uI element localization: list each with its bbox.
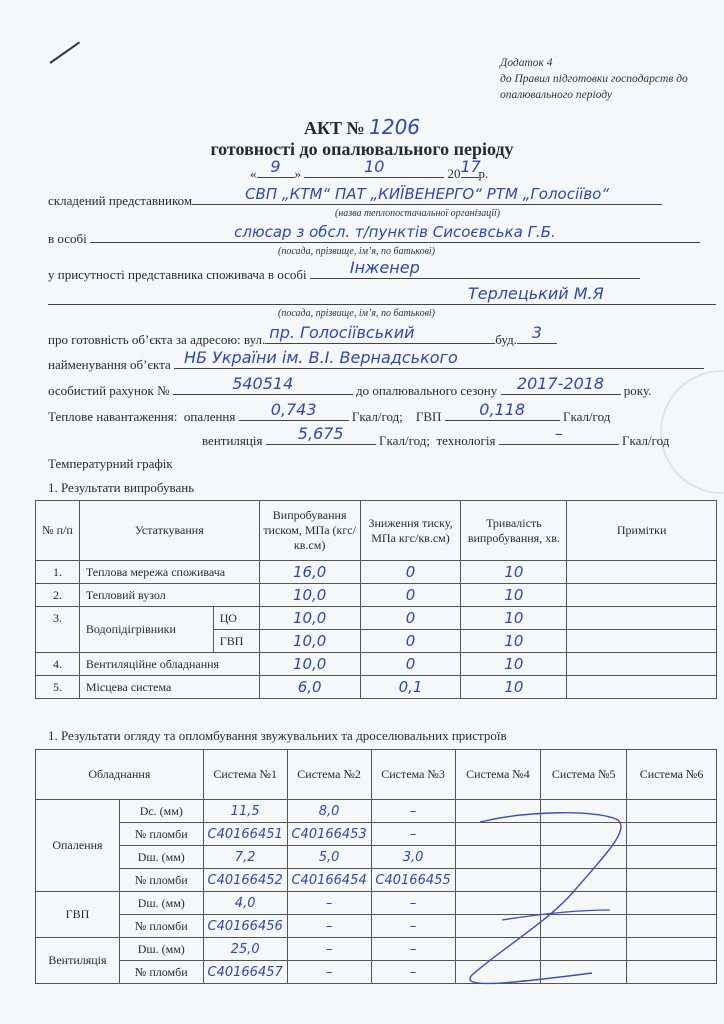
system-value: – xyxy=(410,919,417,934)
building-value: 3 xyxy=(517,323,557,342)
hws-value: 0,118 xyxy=(445,400,560,419)
header-system-2: Система №2 xyxy=(287,750,371,800)
date-day: 9 xyxy=(257,157,295,176)
system-value-cell: – xyxy=(287,938,371,961)
act-number: 1206 xyxy=(369,115,420,139)
system-value-cell: – xyxy=(287,915,371,938)
system-value: – xyxy=(326,919,333,934)
test-results-table: № п/п Устаткування Випробування тиском, … xyxy=(35,500,717,699)
row-test: 6,0 xyxy=(298,678,322,696)
address-row: про готовність об’єкта за адресою: вул.п… xyxy=(48,329,557,348)
system-value-cell: С40166456 xyxy=(203,915,287,938)
parameter-label: Dш. (мм) xyxy=(119,846,203,869)
header-test-pressure: Випробування тиском, МПа (кгс/кв.см) xyxy=(259,501,360,561)
system-value: – xyxy=(326,896,333,911)
row-equipment: Теплова мережа споживача xyxy=(79,561,259,584)
system-value: 4,0 xyxy=(235,896,256,911)
table-row: 4. Вентиляційне обладнання 10,0 0 10 xyxy=(36,653,717,676)
system-value: 5,0 xyxy=(319,850,340,865)
system-value: – xyxy=(410,965,417,980)
row-drop: 0,1 xyxy=(399,678,423,696)
system-value: – xyxy=(326,942,333,957)
table-row: 5. Місцева система 6,0 0,1 10 xyxy=(36,676,717,699)
hws-label: ГВП xyxy=(416,409,442,424)
date-row: «9» 10 2017р. xyxy=(250,163,488,182)
system-value-cell: 5,0 xyxy=(287,846,371,869)
cancellation-z-stroke xyxy=(440,790,724,1000)
row-duration: 10 xyxy=(504,563,523,581)
parameter-label: № пломби xyxy=(119,823,203,846)
technology-value: – xyxy=(499,424,619,443)
equipment-group: ГВП xyxy=(36,892,120,938)
system-value-cell: С40166453 xyxy=(287,823,371,846)
person-value: слюсар з обсл. т/пунктів Сисоєвська Г.Б. xyxy=(90,223,700,241)
number-sign: № xyxy=(347,118,365,138)
annex-line-1: Додаток 4 xyxy=(500,55,688,71)
consumer-row-2: Терлецький М.Я xyxy=(48,290,716,309)
system-value: – xyxy=(410,827,417,842)
season-label: до опалювального сезону xyxy=(356,383,497,398)
act-title: АКТ № 1206 xyxy=(0,115,724,139)
system-value-cell: 11,5 xyxy=(203,800,287,823)
system-value: С40166451 xyxy=(208,827,283,842)
system-value: – xyxy=(410,942,417,957)
header-num: № п/п xyxy=(36,501,80,561)
system-value-cell: С40166452 xyxy=(203,869,287,892)
person-label: в особі xyxy=(48,231,87,246)
row-notes xyxy=(567,630,717,653)
system-value: 7,2 xyxy=(235,850,256,865)
compiled-by-label: складений представником xyxy=(48,193,192,208)
system-value: 11,5 xyxy=(231,804,260,819)
address-label: про готовність об’єкта за адресою: вул. xyxy=(48,332,265,347)
address-value: пр. Голосіївський xyxy=(269,323,495,342)
row-notes xyxy=(567,607,717,630)
season-unit: року. xyxy=(624,383,652,398)
row-test: 10,0 xyxy=(293,655,326,673)
parameter-label: № пломби xyxy=(119,915,203,938)
equipment-group: Опалення xyxy=(36,800,120,892)
consumer-name: Терлецький М.Я xyxy=(468,284,716,303)
system-value-cell: С40166454 xyxy=(287,869,371,892)
system-value-cell: – xyxy=(287,892,371,915)
row-equipment: Водопідігрівники xyxy=(79,607,213,653)
row-duration: 10 xyxy=(504,632,523,650)
system-value-cell: – xyxy=(287,961,371,984)
heating-unit: Гкал/год xyxy=(352,409,399,424)
hws-unit: Гкал/год xyxy=(563,409,610,424)
system-value: С40166454 xyxy=(291,873,366,888)
table-row: 1. Теплова мережа споживача 16,0 0 10 xyxy=(36,561,717,584)
row-duration: 10 xyxy=(504,586,523,604)
pen-mark xyxy=(49,42,80,64)
object-name-label: найменування об’єкта xyxy=(48,357,171,372)
annex-note: Додаток 4 до Правил підготовки господарс… xyxy=(500,55,688,103)
row-duration: 10 xyxy=(504,655,523,673)
table-header-row: № п/п Устаткування Випробування тиском, … xyxy=(36,501,717,561)
person-caption: (посада, прізвище, ім’я, по батькові) xyxy=(278,246,435,257)
ventilation-unit: Гкал/год xyxy=(379,433,426,448)
row-drop: 0 xyxy=(406,563,416,581)
row-notes xyxy=(567,676,717,699)
compiled-by-row: складений представникомСВП „КТМ“ ПАТ „КИ… xyxy=(48,190,662,209)
ventilation-label: вентиляція xyxy=(202,433,262,448)
act-label: АКТ xyxy=(304,118,342,138)
row-notes xyxy=(567,561,717,584)
row-drop: 0 xyxy=(406,609,416,627)
system-value-cell: 25,0 xyxy=(203,938,287,961)
equipment-group: Вентиляція xyxy=(36,938,120,984)
row-notes xyxy=(567,653,717,676)
row-duration: 10 xyxy=(504,678,523,696)
header-equipment: Обладнання xyxy=(36,750,204,800)
person-row: в особі слюсар з обсл. т/пунктів Сисоєвс… xyxy=(48,228,700,247)
system-value-cell: 4,0 xyxy=(203,892,287,915)
row-test: 16,0 xyxy=(293,563,326,581)
heating-label: опалення xyxy=(184,409,236,424)
system-value: – xyxy=(410,896,417,911)
consumer-label: у присутності представника споживача в о… xyxy=(48,267,307,282)
section1-title: 1. Результати випробувань xyxy=(48,480,194,496)
row-subtype: ЦО xyxy=(213,607,259,630)
heat-load-label: Теплове навантаження: xyxy=(48,409,177,424)
header-equipment: Устаткування xyxy=(79,501,259,561)
building-label: буд. xyxy=(495,332,517,347)
account-row: особистий рахунок № 540514 до опалювальн… xyxy=(48,380,651,399)
system-value: – xyxy=(410,804,417,819)
date-month: 10 xyxy=(304,157,444,176)
row-equipment: Місцева система xyxy=(79,676,259,699)
system-value-cell: 7,2 xyxy=(203,846,287,869)
ventilation-row: вентиляція 5,675 Гкал/год; технологія – … xyxy=(202,430,669,449)
heat-load-row: Теплове навантаження: опалення 0,743 Гка… xyxy=(48,406,610,425)
system-value: 3,0 xyxy=(403,850,424,865)
annex-line-2: до Правил підготовки господарств до xyxy=(500,71,688,87)
table-row: 2. Тепловий вузол 10,0 0 10 xyxy=(36,584,717,607)
system-value: С40166453 xyxy=(291,827,366,842)
header-duration: Тривалість випробування, хв. xyxy=(461,501,567,561)
consumer-caption: (посада, прізвище, ім’я, по батькові) xyxy=(278,308,435,319)
system-value: 25,0 xyxy=(231,942,260,957)
header-notes: Примітки xyxy=(567,501,717,561)
row-subtype: ГВП xyxy=(213,630,259,653)
row-equipment: Вентиляційне обладнання xyxy=(79,653,259,676)
compiled-by-caption: (назва теплопостачальної організації) xyxy=(335,208,500,219)
document-page: Додаток 4 до Правил підготовки господарс… xyxy=(0,0,724,1024)
faint-stamp-mark xyxy=(660,370,724,494)
row-num: 2. xyxy=(36,584,80,607)
ventilation-value: 5,675 xyxy=(266,424,376,443)
row-duration: 10 xyxy=(504,609,523,627)
parameter-label: № пломби xyxy=(119,961,203,984)
row-num xyxy=(36,630,80,653)
row-test: 10,0 xyxy=(293,586,326,604)
technology-label: технологія xyxy=(436,433,495,448)
header-system-1: Система №1 xyxy=(203,750,287,800)
heating-value: 0,743 xyxy=(239,400,349,419)
table-row: 3. Водопідігрівники ЦО 10,0 0 10 xyxy=(36,607,717,630)
system-value-cell: С40166451 xyxy=(203,823,287,846)
season-value: 2017-2018 xyxy=(501,374,621,393)
row-drop: 0 xyxy=(406,586,416,604)
row-notes xyxy=(567,584,717,607)
section2-title: 1. Результати огляду та опломбування зву… xyxy=(48,728,507,744)
parameter-label: Dш. (мм) xyxy=(119,938,203,961)
year-prefix: 20 xyxy=(448,166,461,181)
parameter-label: Dc. (мм) xyxy=(119,800,203,823)
parameter-label: № пломби xyxy=(119,869,203,892)
system-value: С40166457 xyxy=(208,965,283,980)
row-drop: 0 xyxy=(406,632,416,650)
row-test: 10,0 xyxy=(293,632,326,650)
system-value-cell: 8,0 xyxy=(287,800,371,823)
row-test: 10,0 xyxy=(293,609,326,627)
row-num: 3. xyxy=(36,607,80,630)
annex-line-3: опалювального періоду xyxy=(500,87,688,103)
object-name-value: НБ України ім. В.І. Вернадського xyxy=(184,348,704,367)
row-num: 5. xyxy=(36,676,80,699)
system-value-cell: С40166457 xyxy=(203,961,287,984)
consumer-row: у присутності представника споживача в о… xyxy=(48,264,640,283)
row-num: 1. xyxy=(36,561,80,584)
account-label: особистий рахунок № xyxy=(48,383,169,398)
system-value: С40166456 xyxy=(208,919,283,934)
account-value: 540514 xyxy=(173,374,353,393)
system-value: С40166452 xyxy=(208,873,283,888)
object-name-row: найменування об’єкта НБ України ім. В.І.… xyxy=(48,354,704,373)
temperature-schedule-label: Температурний графік xyxy=(48,456,173,472)
system-value: – xyxy=(326,965,333,980)
parameter-label: Dш. (мм) xyxy=(119,892,203,915)
compiled-by-value: СВП „КТМ“ ПАТ „КИЇВЕНЕРГО“ РТМ „Голосіїв… xyxy=(192,185,662,203)
date-year: 17 xyxy=(461,157,479,176)
row-num: 4. xyxy=(36,653,80,676)
header-pressure-drop: Зниження тиску, МПа кгс/кв.см) xyxy=(360,501,461,561)
technology-unit: Гкал/год xyxy=(622,433,669,448)
row-drop: 0 xyxy=(406,655,416,673)
row-equipment: Тепловий вузол xyxy=(79,584,259,607)
system-value: 8,0 xyxy=(319,804,340,819)
consumer-position: Інженер xyxy=(350,258,640,277)
